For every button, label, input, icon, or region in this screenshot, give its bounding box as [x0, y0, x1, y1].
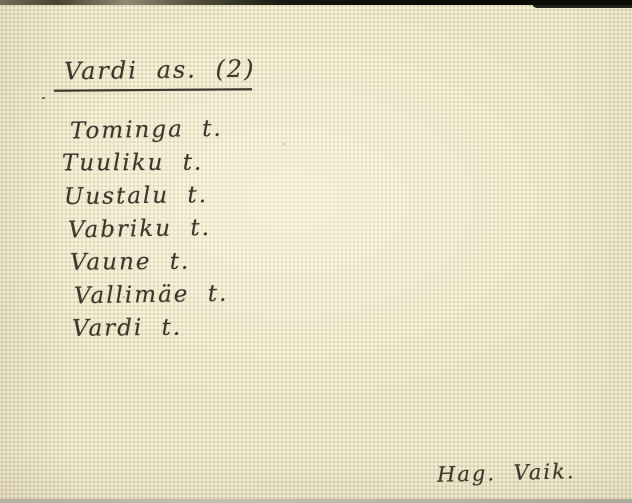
ink-speck — [42, 97, 45, 99]
scan-artifact-top-right-corner — [532, 0, 632, 8]
scanned-index-card: Vardi as. (2) Tominga t. Tuuliku t. Uust… — [0, 0, 632, 503]
title-underline — [54, 88, 252, 92]
page-title: Vardi as. (2) — [64, 55, 256, 86]
list-item: Vaune t. — [70, 245, 229, 279]
list-item: Tuuliku t. — [62, 147, 228, 181]
list-item: Vardi t. — [72, 311, 229, 346]
list-item: Vallimäe t. — [74, 278, 229, 314]
ink-speck — [283, 143, 285, 145]
list-item: Uustalu t. — [64, 179, 229, 214]
street-list: Tominga t. Tuuliku t. Uustalu t. Vabriku… — [60, 114, 228, 345]
list-item: Vabriku t. — [68, 212, 229, 248]
ink-speck — [123, 296, 125, 298]
scan-artifact-bottom-edge — [0, 499, 632, 503]
list-item: Tominga t. — [70, 113, 229, 149]
signature: Hag. Vaik. — [437, 459, 576, 487]
